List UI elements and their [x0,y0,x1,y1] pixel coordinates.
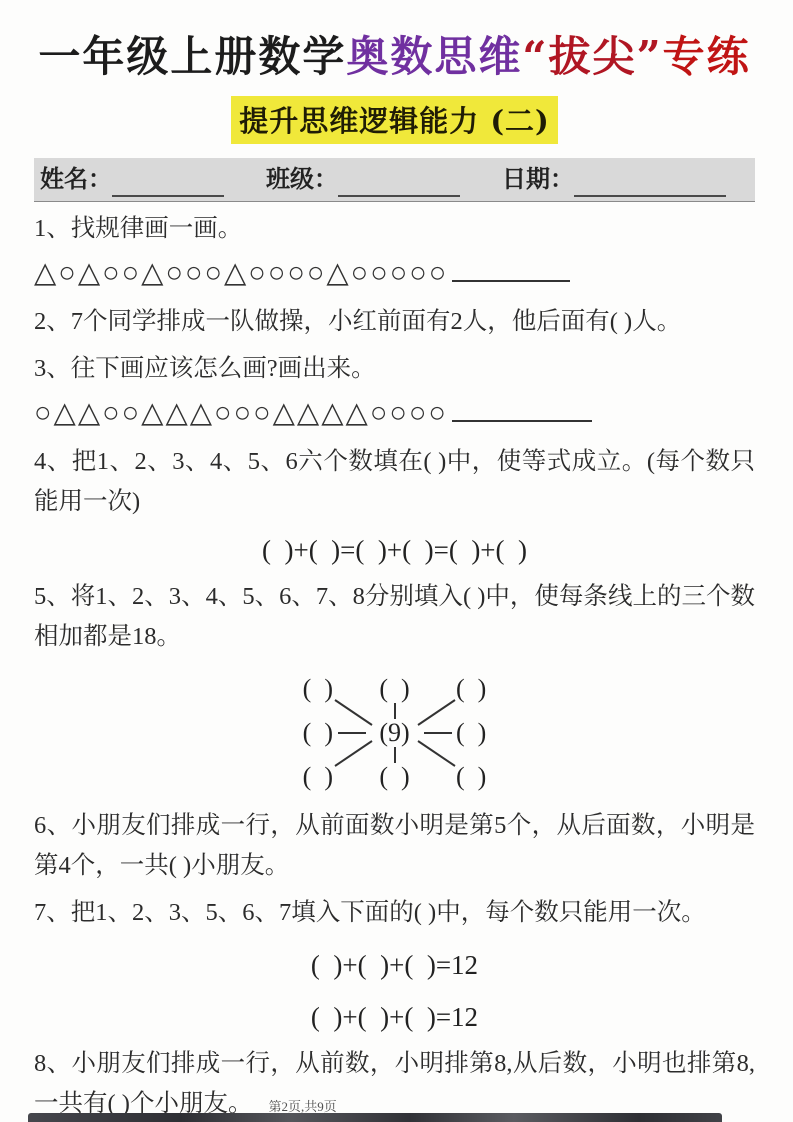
number-cross-diagram: ( ) ( ) ( ) ( ) (9) ( ) ( ) ( ) ( ) [280,667,510,799]
diagram-blank-top-middle[interactable]: ( ) [356,667,433,711]
class-blank[interactable] [338,167,460,197]
name-field: 姓名： [40,163,224,197]
worksheet-page: 一年级上册数学奥数思维“拔尖”专练 提升思维逻辑能力 (二) 姓名： 班级： 日… [0,0,793,1122]
date-blank[interactable] [574,167,726,197]
title-grade-part: 一年级上册数学 [38,32,346,81]
problem-7-equation-1: ( )+( )+( )=12 [34,945,755,985]
class-label: 班级： [266,163,338,197]
diagram-blank-left[interactable]: ( ) [280,711,357,755]
problem-7-text: 7、把1、2、3、5、6、7填入下面的( )中，每个数只能用一次。 [34,893,755,933]
student-info-bar: 姓名： 班级： 日期： [34,158,755,202]
shape-sequence-2: ○△△○○△△△○○○△△△△○○○○ [34,391,755,435]
diagram-center-value: (9) [356,711,433,755]
problem-8-text: 8、小朋友们排成一行，从前数，小明排第8,从后数，小明也排第8,一共有( )个小… [34,1050,755,1117]
diagram-blank-top-right[interactable]: ( ) [433,667,510,711]
problem-4-text: 4、把1、2、3、4、5、6六个数填在( )中，使等式成立。(每个数只能用一次) [34,442,755,522]
diagram-blank-top-left[interactable]: ( ) [280,667,357,711]
problem-1-text: 1、找规律画一画。 [34,209,755,249]
name-label: 姓名： [40,163,112,197]
date-field: 日期： [502,163,726,197]
title-quoted-part: “拔尖” [522,32,662,81]
diagram-blank-right[interactable]: ( ) [433,711,510,755]
sequence-1-answer-blank[interactable] [452,252,570,282]
problem-5-text: 5、将1、2、3、4、5、6、7、8分别填入( )中，使每条线上的三个数相加都是… [34,577,755,657]
problem-8: 8、小朋友们排成一行，从前数，小明排第8,从后数，小明也排第8,一共有( )个小… [34,1044,755,1122]
problem-4-equation: ( )+( )=( )+( )=( )+( ) [34,530,755,570]
class-field: 班级： [266,163,460,197]
next-page-edge [28,1113,722,1122]
shape-sequence-2-shapes: ○△△○○△△△○○○△△△△○○○○ [34,397,448,429]
shape-sequence-1-shapes: △○△○○△○○○△○○○○△○○○○○ [34,257,448,289]
problem-7-equation-2: ( )+( )+( )=12 [34,997,755,1037]
sequence-2-answer-blank[interactable] [452,392,592,422]
title-tail-part: 专练 [663,32,751,81]
page-title: 一年级上册数学奥数思维“拔尖”专练 [34,32,755,82]
name-blank[interactable] [112,167,224,197]
problem-6-text: 6、小朋友们排成一行，从前面数小明是第5个，从后面数，小明是第4个，一共( )小… [34,806,755,886]
shape-sequence-1: △○△○○△○○○△○○○○△○○○○○ [34,251,755,295]
subtitle: 提升思维逻辑能力 (二) [231,96,558,144]
diagram-blank-bottom-right[interactable]: ( ) [433,755,510,799]
diagram-blank-bottom-left[interactable]: ( ) [280,755,357,799]
title-olympiad-part: 奥数思维 [346,32,522,81]
subtitle-row: 提升思维逻辑能力 (二) [34,96,755,144]
diagram-blank-bottom-middle[interactable]: ( ) [356,755,433,799]
diagram-grid: ( ) ( ) ( ) ( ) (9) ( ) ( ) ( ) ( ) [280,667,510,799]
date-label: 日期： [502,163,574,197]
problem-3-text: 3、往下画应该怎么画?画出来。 [34,349,755,389]
problem-2-text: 2、7个同学排成一队做操，小红前面有2人，他后面有( )人。 [34,302,755,342]
